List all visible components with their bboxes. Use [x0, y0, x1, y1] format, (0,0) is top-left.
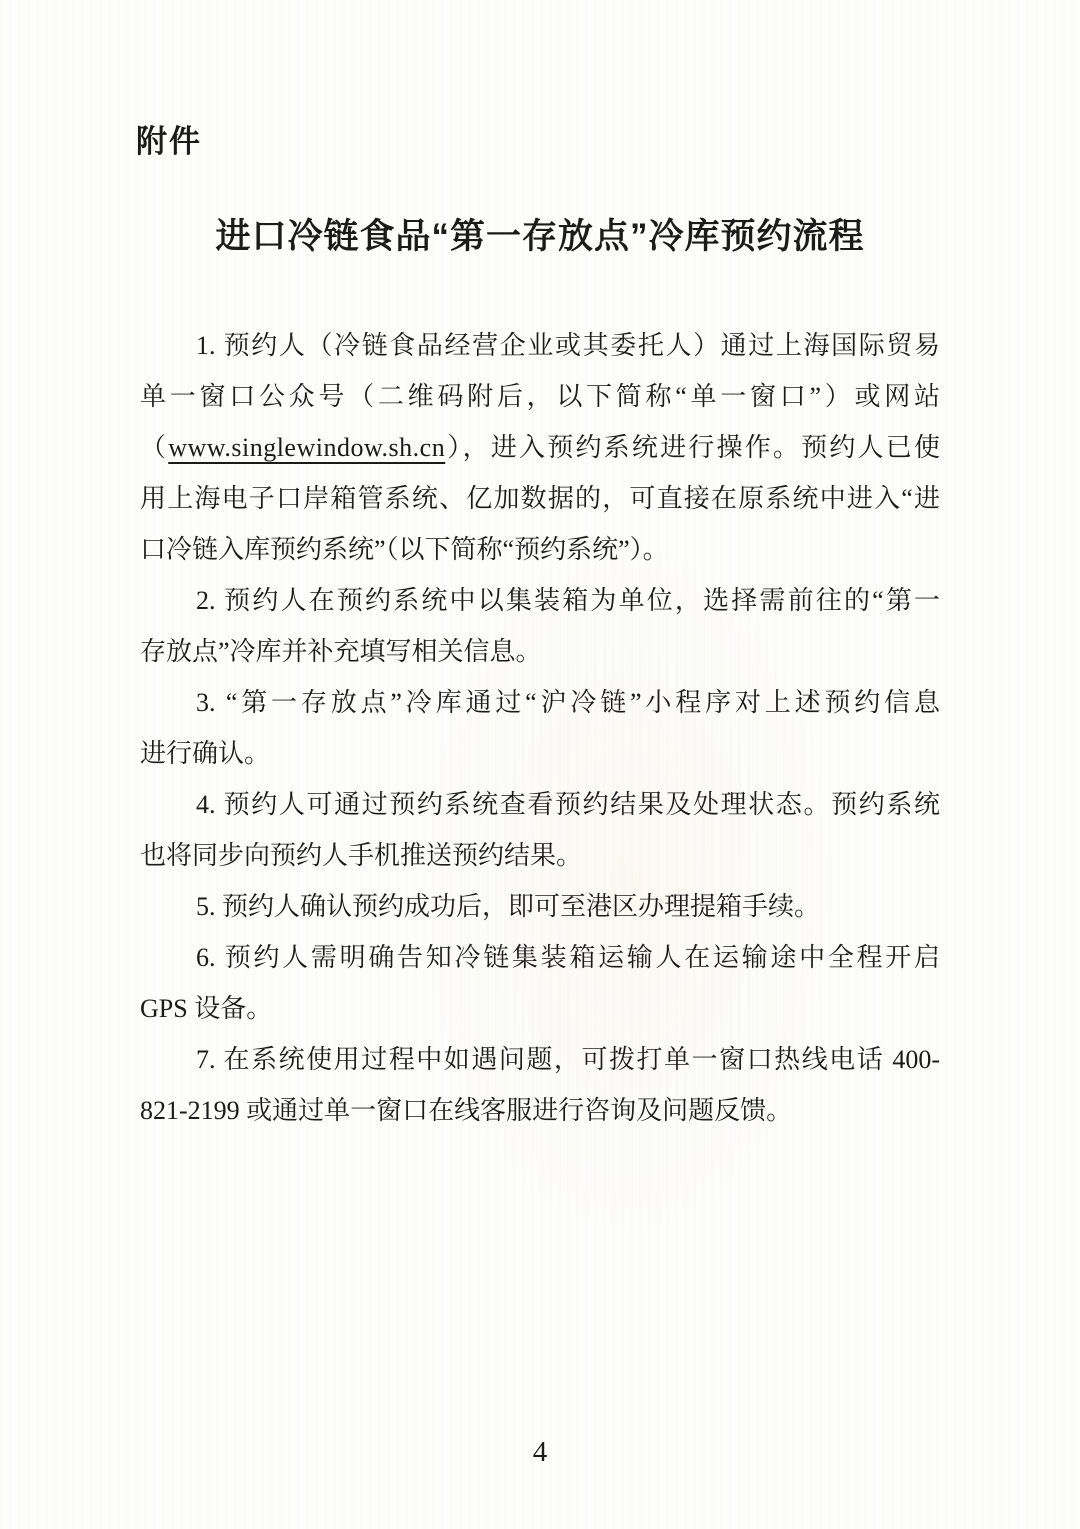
text-segment: 6. 预约人需明确告知冷链集装箱运输人在运输途中全程开启: [196, 943, 940, 972]
paragraph-7: 7. 在系统使用过程中如遇问题，可拨打单一窗口热线电话 400-821-2199…: [140, 1034, 940, 1136]
text-segment: 存放点”冷库并补充填写相关信息。: [140, 637, 542, 666]
document-title: 进口冷链食品“第一存放点”冷库预约流程: [0, 214, 1080, 260]
text-segment: 1. 预约人（冷链食品经营企业或其委托人）通过上海国际贸易: [196, 331, 940, 360]
text-segment: 2. 预约人在预约系统中以集装箱为单位，选择需前往的“第一: [196, 586, 940, 615]
paragraph-line: 5. 预约人确认预约成功后，即可至港区办理提箱手续。: [140, 881, 940, 932]
text-segment: 进行确认。: [140, 739, 270, 768]
text-segment: 3. “第一存放点”冷库通过“沪冷链”小程序对上述预约信息: [196, 688, 940, 717]
paragraph-line: 821-2199 或通过单一窗口在线客服进行咨询及问题反馈。: [140, 1085, 940, 1136]
paragraph-line: 口冷链入库预约系统”（以下简称“预约系统”）。: [140, 524, 940, 575]
paragraph-line: 2. 预约人在预约系统中以集装箱为单位，选择需前往的“第一: [140, 575, 940, 626]
text-segment: 7. 在系统使用过程中如遇问题，可拨打单一窗口热线电话 400-: [196, 1045, 940, 1074]
text-segment: 4. 预约人可通过预约系统查看预约结果及处理状态。预约系统: [196, 790, 940, 819]
text-segment: 单一窗口公众号（二维码附后，以下简称“单一窗口”）或网站: [140, 382, 940, 411]
paragraph-line: 1. 预约人（冷链食品经营企业或其委托人）通过上海国际贸易: [140, 320, 940, 371]
text-segment: 也将同步向预约人手机推送预约结果。: [140, 841, 582, 870]
paragraph-4: 4. 预约人可通过预约系统查看预约结果及处理状态。预约系统也将同步向预约人手机推…: [140, 779, 940, 881]
paragraph-line: 存放点”冷库并补充填写相关信息。: [140, 626, 940, 677]
paragraph-line: 进行确认。: [140, 728, 940, 779]
paragraph-3: 3. “第一存放点”冷库通过“沪冷链”小程序对上述预约信息进行确认。: [140, 677, 940, 779]
page-number: 4: [0, 1432, 1080, 1472]
document-body: 1. 预约人（冷链食品经营企业或其委托人）通过上海国际贸易单一窗口公众号（二维码…: [140, 320, 940, 1136]
text-segment: 口冷链入库预约系统”（以下简称“预约系统”）。: [140, 535, 669, 564]
text-segment: 821-2199 或通过单一窗口在线客服进行咨询及问题反馈。: [140, 1096, 792, 1125]
paragraph-line: 6. 预约人需明确告知冷链集装箱运输人在运输途中全程开启: [140, 932, 940, 983]
paragraph-line: （www.singlewindow.sh.cn），进入预约系统进行操作。预约人已…: [140, 422, 940, 473]
attachment-label: 附件: [136, 122, 202, 162]
paragraph-line: 7. 在系统使用过程中如遇问题，可拨打单一窗口热线电话 400-: [140, 1034, 940, 1085]
text-segment: GPS 设备。: [140, 994, 272, 1023]
paragraph-line: 用上海电子口岸箱管系统、亿加数据的，可直接在原系统中进入“进: [140, 473, 940, 524]
paragraph-line: GPS 设备。: [140, 983, 940, 1034]
text-segment: 用上海电子口岸箱管系统、亿加数据的，可直接在原系统中进入“进: [140, 484, 940, 513]
paragraph-line: 单一窗口公众号（二维码附后，以下简称“单一窗口”）或网站: [140, 371, 940, 422]
paragraph-line: 也将同步向预约人手机推送预约结果。: [140, 830, 940, 881]
text-segment: 5. 预约人确认预约成功后，即可至港区办理提箱手续。: [196, 892, 820, 921]
url-text: www.singlewindow.sh.cn: [168, 433, 445, 462]
paragraph-2: 2. 预约人在预约系统中以集装箱为单位，选择需前往的“第一存放点”冷库并补充填写…: [140, 575, 940, 677]
paragraph-5: 5. 预约人确认预约成功后，即可至港区办理提箱手续。: [140, 881, 940, 932]
paragraph-line: 4. 预约人可通过预约系统查看预约结果及处理状态。预约系统: [140, 779, 940, 830]
paragraph-6: 6. 预约人需明确告知冷链集装箱运输人在运输途中全程开启GPS 设备。: [140, 932, 940, 1034]
paragraph-line: 3. “第一存放点”冷库通过“沪冷链”小程序对上述预约信息: [140, 677, 940, 728]
scanned-document-page: 附件 进口冷链食品“第一存放点”冷库预约流程 1. 预约人（冷链食品经营企业或其…: [0, 0, 1080, 1529]
text-segment: ），进入预约系统进行操作。预约人已使: [445, 433, 940, 462]
text-segment: （: [140, 433, 168, 462]
paragraph-1: 1. 预约人（冷链食品经营企业或其委托人）通过上海国际贸易单一窗口公众号（二维码…: [140, 320, 940, 575]
